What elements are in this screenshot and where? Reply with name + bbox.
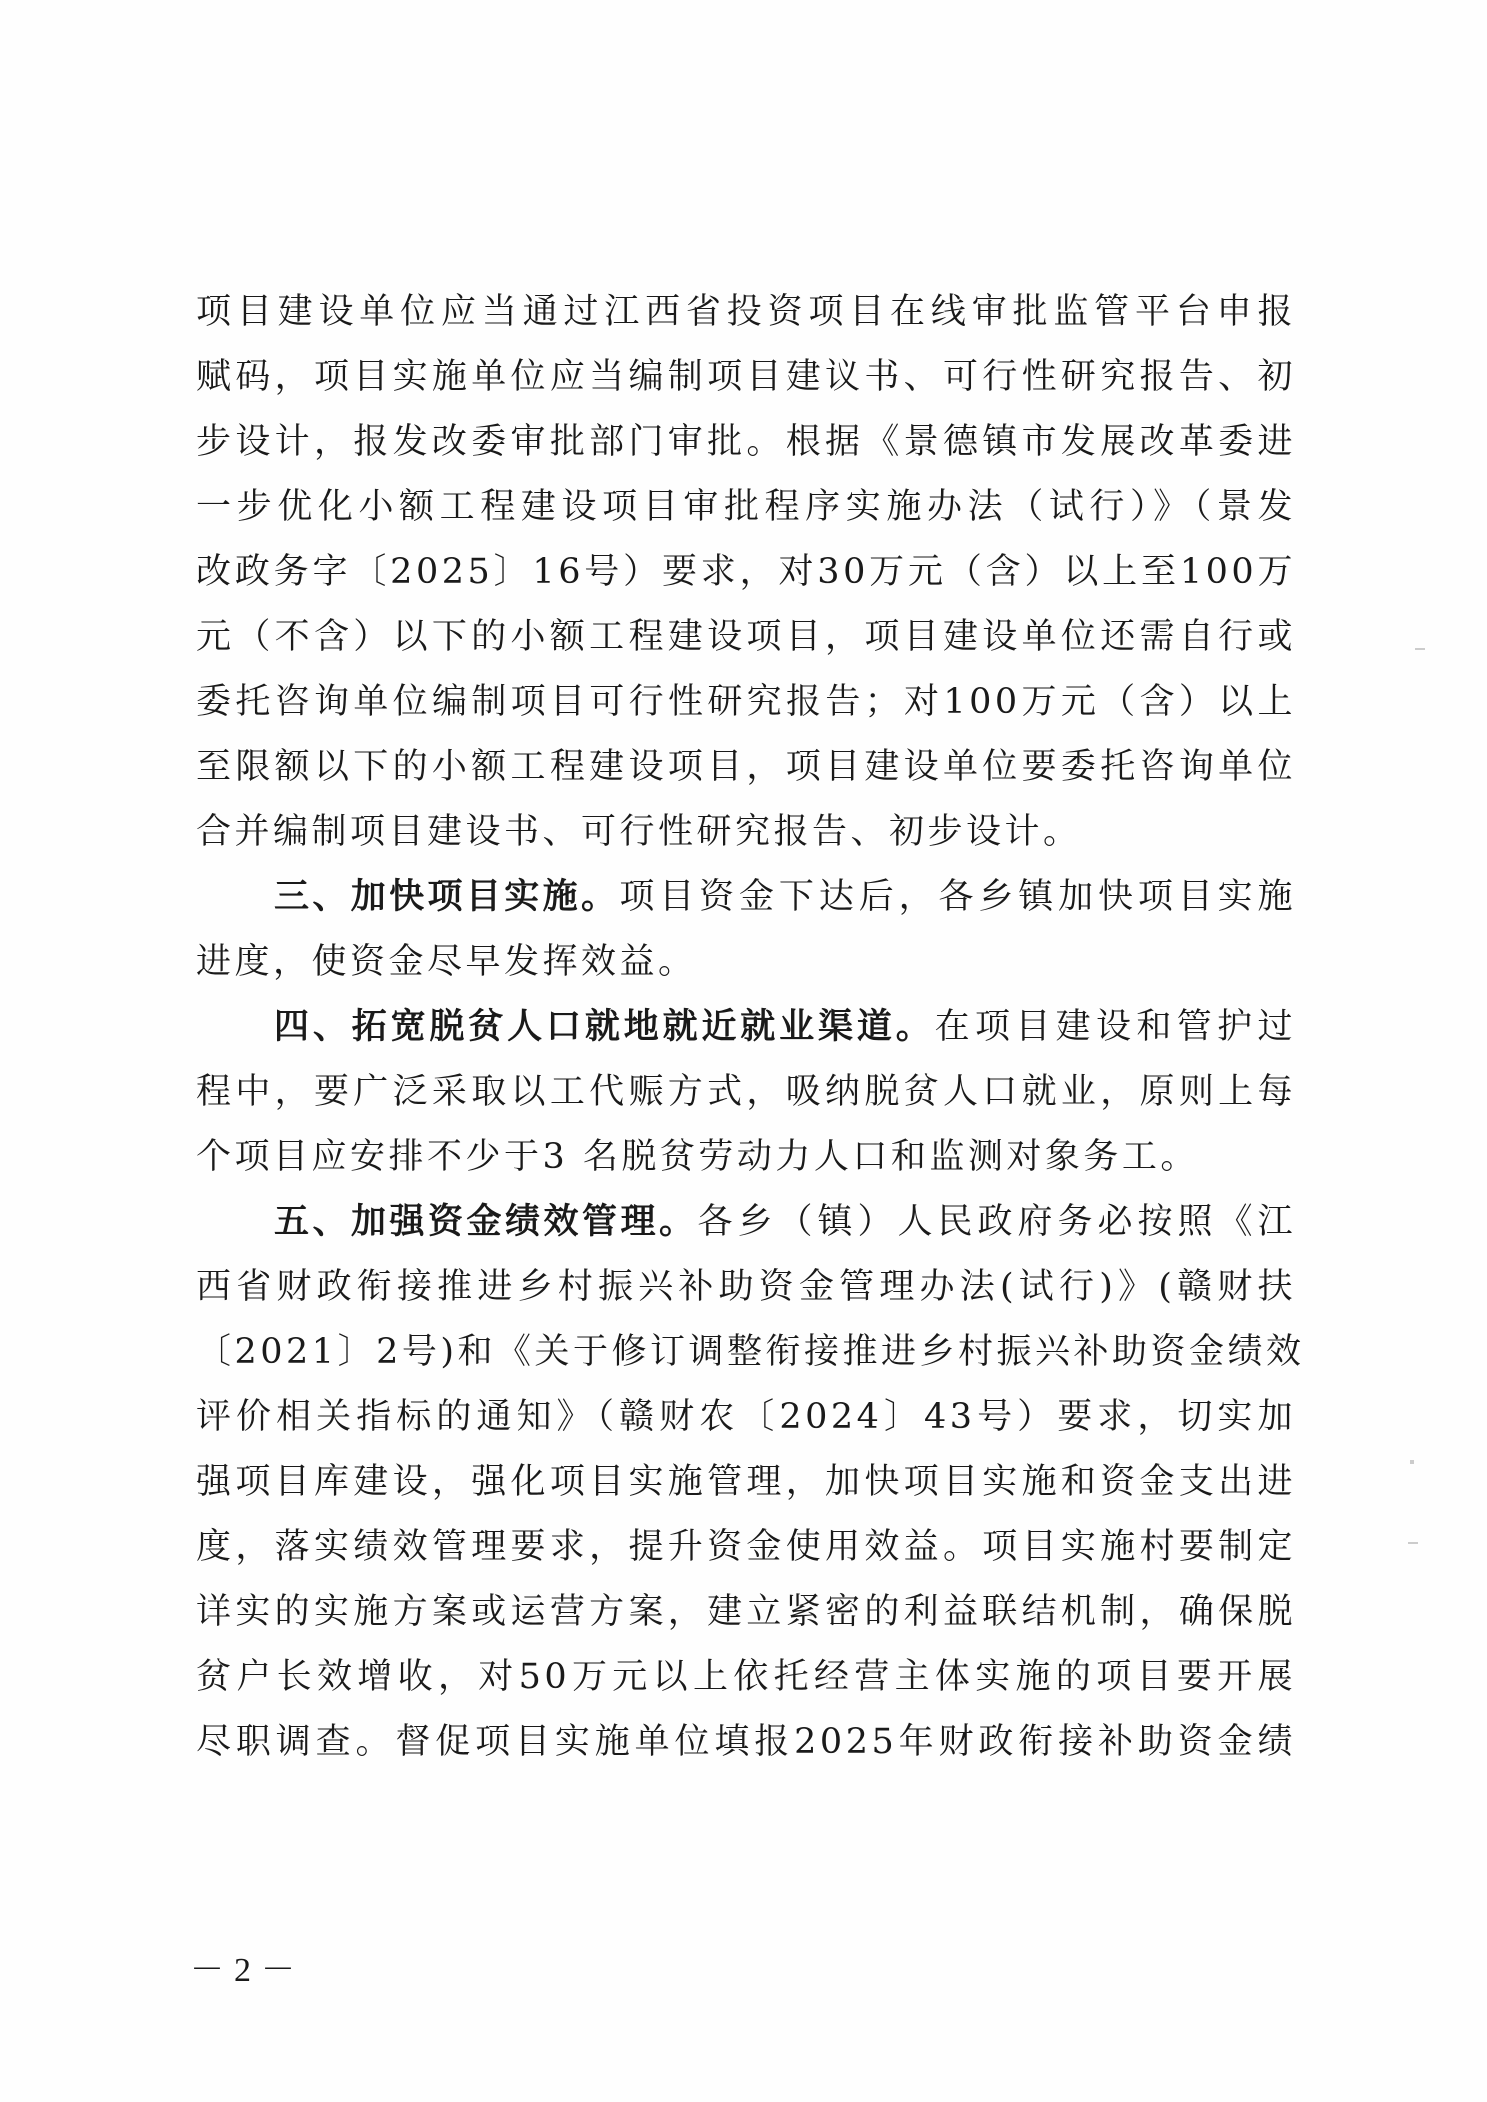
paragraph-line: 至限额以下的小额工程建设项目，项目建设单位要委托咨询单位: [196, 737, 1296, 802]
paragraph-line: 评价相关指标的通知》（赣财农〔2024〕43号）要求，切实加: [196, 1387, 1296, 1452]
section-4-heading: 四、拓宽脱贫人口就地就近就业渠道。: [274, 1007, 935, 1047]
section-3-text: 项目资金下达后，各乡镇加快项目实施: [619, 877, 1296, 917]
paragraph-line: 改政务字〔2025〕16号）要求，对30万元（含）以上至100万: [196, 542, 1296, 607]
section-5-heading: 五、加强资金绩效管理。: [274, 1202, 698, 1242]
section-3-heading: 三、加快项目实施。: [274, 877, 619, 917]
paragraph-line: 赋码，项目实施单位应当编制项目建议书、可行性研究报告、初: [196, 347, 1296, 412]
paragraph-line: 详实的实施方案或运营方案，建立紧密的利益联结机制，确保脱: [196, 1582, 1296, 1647]
scan-artifact: [1408, 1542, 1418, 1544]
paragraph-line: 项目建设单位应当通过江西省投资项目在线审批监管平台申报: [196, 282, 1296, 347]
paragraph-line: 西省财政衔接推进乡村振兴补助资金管理办法(试行)》(赣财扶: [196, 1257, 1296, 1322]
paragraph-line: 程中，要广泛采取以工代赈方式，吸纳脱贫人口就业，原则上每: [196, 1062, 1296, 1127]
section-3-line: 三、加快项目实施。项目资金下达后，各乡镇加快项目实施: [196, 867, 1296, 932]
paragraph-line: 度，落实绩效管理要求，提升资金使用效益。项目实施村要制定: [196, 1517, 1296, 1582]
paragraph-line: 强项目库建设，强化项目实施管理，加快项目实施和资金支出进: [196, 1452, 1296, 1517]
paragraph-line: 元（不含）以下的小额工程建设项目，项目建设单位还需自行或: [196, 607, 1296, 672]
section-4-text: 在项目建设和管护过: [935, 1007, 1296, 1047]
document-page: 项目建设单位应当通过江西省投资项目在线审批监管平台申报 赋码，项目实施单位应当编…: [0, 0, 1487, 2102]
paragraph-line: 委托咨询单位编制项目可行性研究报告；对100万元（含）以上: [196, 672, 1296, 737]
paragraph-line: 进度，使资金尽早发挥效益。: [196, 932, 1296, 997]
paragraph-line: 〔2021〕2号)和《关于修订调整衔接推进乡村振兴补助资金绩效: [196, 1322, 1296, 1387]
paragraph-line: 个项目应安排不少于3 名脱贫劳动力人口和监测对象务工。: [196, 1127, 1296, 1192]
scan-artifact: [1415, 648, 1425, 650]
section-4-line: 四、拓宽脱贫人口就地就近就业渠道。在项目建设和管护过: [196, 997, 1296, 1062]
scan-artifact: [1410, 1460, 1414, 1464]
paragraph-line: 步设计，报发改委审批部门审批。根据《景德镇市发展改革委进: [196, 412, 1296, 477]
paragraph-line: 合并编制项目建设书、可行性研究报告、初步设计。: [196, 802, 1296, 867]
document-body: 项目建设单位应当通过江西省投资项目在线审批监管平台申报 赋码，项目实施单位应当编…: [196, 282, 1296, 1777]
paragraph-line: 贫户长效增收，对50万元以上依托经营主体实施的项目要开展: [196, 1647, 1296, 1712]
paragraph-line: 一步优化小额工程建设项目审批程序实施办法（试行）》（景发: [196, 477, 1296, 542]
section-5-text: 各乡（镇）人民政府务必按照《江: [698, 1202, 1296, 1242]
section-5-line: 五、加强资金绩效管理。各乡（镇）人民政府务必按照《江: [196, 1192, 1296, 1257]
page-number: －2－: [190, 1942, 305, 1991]
paragraph-line: 尽职调查。督促项目实施单位填报2025年财政衔接补助资金绩: [196, 1712, 1296, 1777]
